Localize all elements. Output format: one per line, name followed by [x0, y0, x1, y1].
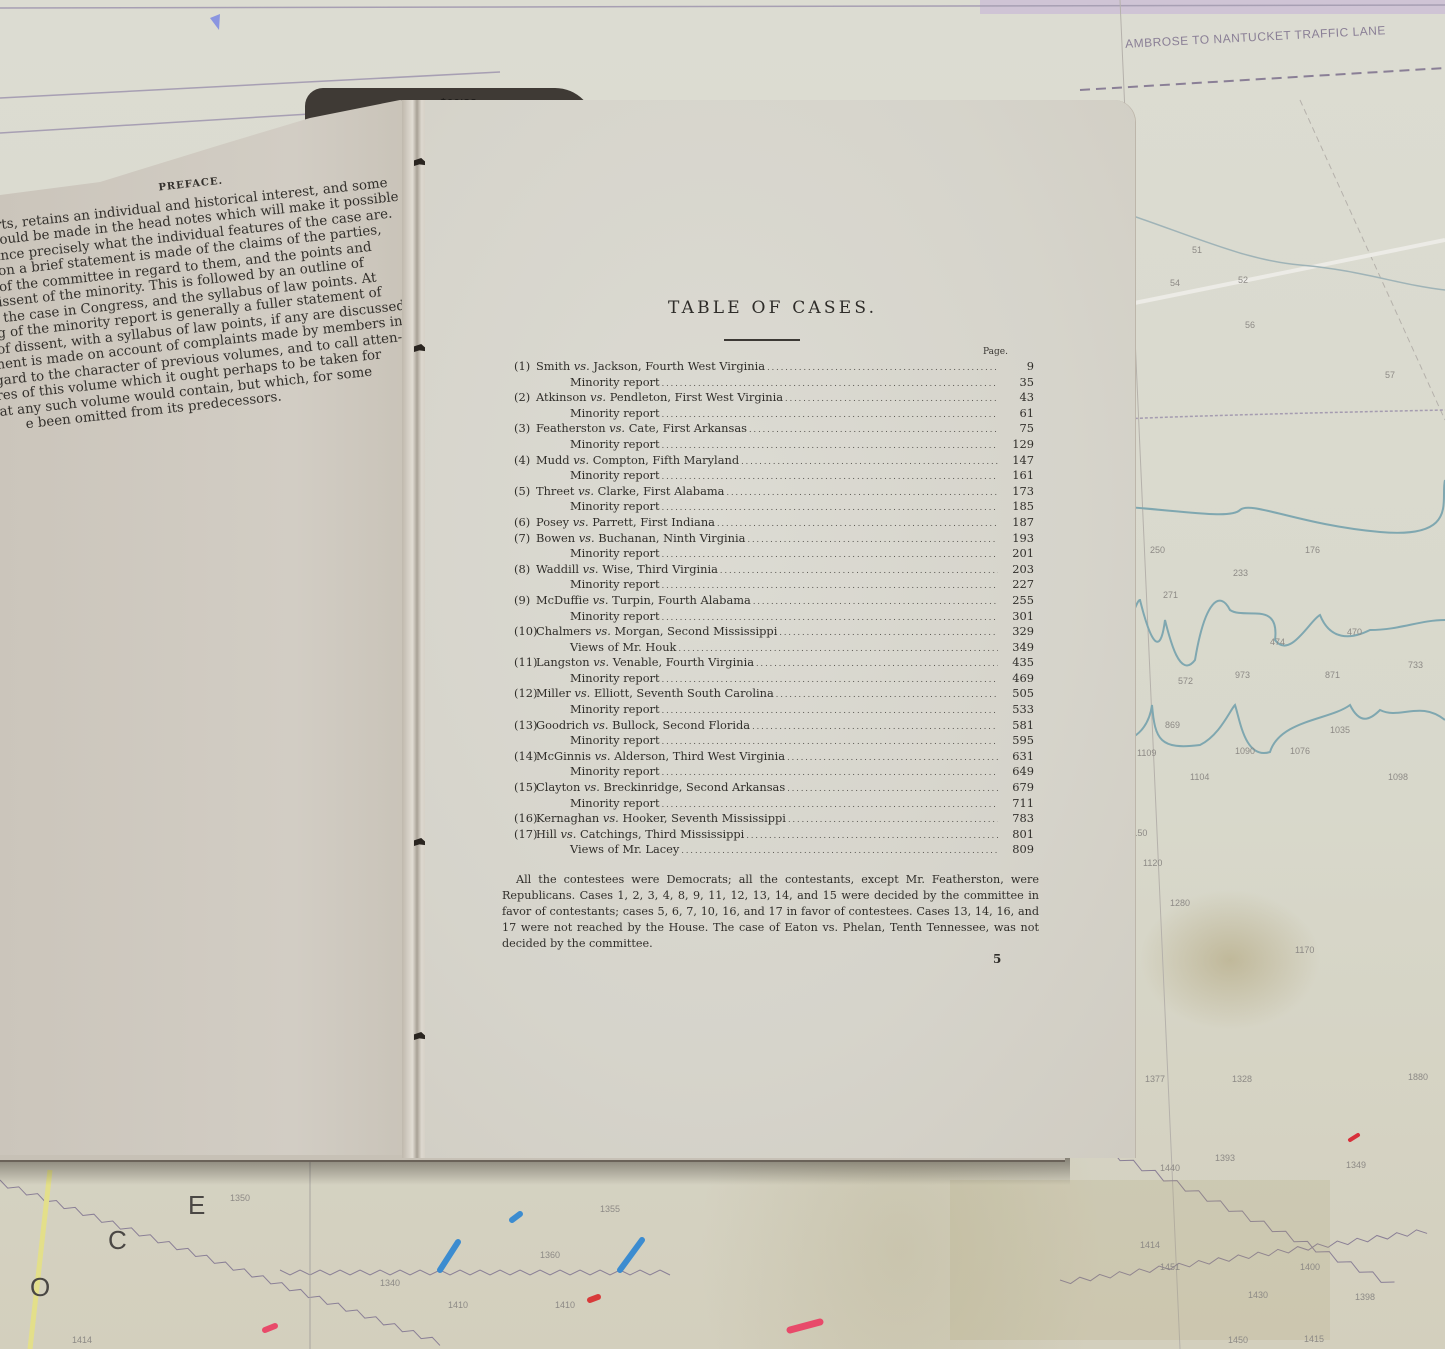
toc-entry: (4)Mudd vs. Compton, Fifth Maryland.....… — [514, 453, 1034, 469]
page-ref: 631 — [1004, 749, 1034, 763]
depth-number: 57 — [1385, 370, 1395, 380]
page-ref: 203 — [1004, 562, 1034, 576]
versus: vs. — [578, 484, 594, 498]
title-rule — [724, 339, 800, 341]
entry-label: Minority report — [570, 796, 660, 810]
depth-number: 1414 — [1140, 1240, 1160, 1250]
contestant: Smith — [536, 359, 570, 373]
depth-number: 1410 — [555, 1300, 575, 1310]
page-ref: 679 — [1004, 780, 1034, 794]
dot-leader: ........................................… — [717, 519, 998, 528]
versus: vs. — [595, 624, 611, 638]
toc-entry: (10)Chalmers vs. Morgan, Second Mississi… — [514, 624, 1034, 640]
page-ref: 329 — [1004, 624, 1034, 638]
toc-entry: (11)Langston vs. Venable, Fourth Virgini… — [514, 655, 1034, 671]
case-number: (7) — [514, 531, 536, 545]
page-ref: 801 — [1004, 827, 1034, 841]
depth-number: 176 — [1305, 545, 1320, 555]
case-number: (10) — [514, 624, 536, 638]
depth-number: 1035 — [1330, 725, 1350, 735]
depth-number: 1349 — [1346, 1160, 1366, 1170]
depth-number: 474 — [1270, 637, 1285, 647]
contestant: Bowen — [536, 531, 575, 545]
page-number: 5 — [993, 952, 1001, 966]
entry-label: Minority report — [570, 764, 660, 778]
dot-leader: ........................................… — [662, 503, 998, 512]
depth-number: 1393 — [1215, 1153, 1235, 1163]
toc-subentry: Minority report.........................… — [514, 437, 1034, 453]
contestant: Atkinson — [536, 390, 587, 404]
contestee-district: Elliott, Seventh South Carolina — [594, 686, 774, 700]
cases-summary-note: All the contestees were Democrats; all t… — [502, 872, 1039, 952]
page-ref: 595 — [1004, 733, 1034, 747]
depth-number: 1328 — [1232, 1074, 1252, 1084]
contestee-district: Bullock, Second Florida — [612, 718, 750, 732]
versus: vs. — [590, 390, 606, 404]
depth-number: 1450 — [1228, 1335, 1248, 1345]
case-number: (8) — [514, 562, 536, 576]
page-ref: 435 — [1004, 655, 1034, 669]
entry-label: Views of Mr. Houk — [570, 640, 676, 654]
entry-label: Minority report — [570, 375, 660, 389]
case-number: (2) — [514, 390, 536, 404]
entry-label: Minority report — [570, 546, 660, 560]
versus: vs. — [573, 515, 589, 529]
dot-leader: ........................................… — [720, 566, 998, 575]
toc-subentry: Minority report.........................… — [514, 609, 1034, 625]
dot-leader: ........................................… — [726, 488, 998, 497]
depth-number: 1090 — [1235, 746, 1255, 756]
page-ref: 147 — [1004, 453, 1034, 467]
depth-number: 1398 — [1355, 1292, 1375, 1302]
page-ref: 301 — [1004, 609, 1034, 623]
case-number: (17) — [514, 827, 536, 841]
dot-leader: ........................................… — [662, 581, 998, 590]
page-ref: 61 — [1004, 406, 1034, 420]
entry-label: Minority report — [570, 671, 660, 685]
page-ref: 43 — [1004, 390, 1034, 404]
contestant: Kernaghan — [536, 811, 599, 825]
dot-leader: ........................................… — [662, 441, 998, 450]
dot-leader: ........................................… — [662, 675, 998, 684]
dot-leader: ........................................… — [787, 753, 998, 762]
contestant: Goodrich — [536, 718, 589, 732]
page-ref: 75 — [1004, 421, 1034, 435]
versus: vs. — [561, 827, 577, 841]
case-number: (14) — [514, 749, 536, 763]
depth-number: 52 — [1238, 275, 1248, 285]
depth-number: 1430 — [1248, 1290, 1268, 1300]
page-ref: 187 — [1004, 515, 1034, 529]
contestee-district: Compton, Fifth Maryland — [593, 453, 739, 467]
versus: vs. — [593, 718, 609, 732]
toc-entry: (1)Smith vs. Jackson, Fourth West Virgin… — [514, 359, 1034, 375]
toc-subentry: Minority report.........................… — [514, 764, 1034, 780]
toc-subentry: Minority report.........................… — [514, 375, 1034, 391]
chart-letter: E — [188, 1190, 205, 1221]
depth-number: 1880 — [1408, 1072, 1428, 1082]
contestee-district: Catchings, Third Mississippi — [580, 827, 744, 841]
depth-number: 1400 — [1300, 1262, 1320, 1272]
depth-number: 871 — [1325, 670, 1340, 680]
dot-leader: ........................................… — [785, 394, 998, 403]
dot-leader: ........................................… — [662, 613, 998, 622]
page-column-header: Page. — [983, 347, 1008, 357]
toc-entry: (14)McGinnis vs. Alderson, Third West Vi… — [514, 749, 1034, 765]
depth-number: 1098 — [1388, 772, 1408, 782]
dot-leader: ........................................… — [662, 768, 998, 777]
dot-leader: ........................................… — [662, 800, 998, 809]
dot-leader: ........................................… — [756, 659, 998, 668]
case-number: (15) — [514, 780, 536, 794]
entry-label: Minority report — [570, 468, 660, 482]
case-number: (6) — [514, 515, 536, 529]
versus: vs. — [579, 531, 595, 545]
page-ref: 129 — [1004, 437, 1034, 451]
depth-number: 1170 — [1295, 945, 1314, 955]
dot-leader: ........................................… — [752, 722, 998, 731]
versus: vs. — [603, 811, 619, 825]
depth-number: 572 — [1178, 676, 1193, 686]
toc-entry: (5)Threet vs. Clarke, First Alabama.....… — [514, 484, 1034, 500]
contestant: Threet — [536, 484, 574, 498]
depth-number: 56 — [1245, 320, 1255, 330]
depth-number: 869 — [1165, 720, 1180, 730]
depth-number: 1415 — [1304, 1334, 1324, 1344]
dot-leader: ........................................… — [662, 737, 998, 746]
toc-subentry: Views of Mr. Lacey......................… — [514, 842, 1034, 858]
versus: vs. — [609, 421, 625, 435]
depth-number: 1340 — [380, 1278, 400, 1288]
case-number: (1) — [514, 359, 536, 373]
preface-text-block: PREFACE. reports, retains an individual … — [0, 148, 375, 437]
depth-number: 470 — [1347, 627, 1362, 637]
case-number: (11) — [514, 655, 536, 669]
table-of-cases-title: TABLE OF CASES. — [668, 298, 877, 318]
page-ref: 173 — [1004, 484, 1034, 498]
depth-number: 233 — [1233, 568, 1248, 578]
dot-leader: ........................................… — [747, 535, 998, 544]
contestee-district: Morgan, Second Mississippi — [614, 624, 777, 638]
toc-subentry: Minority report.........................… — [514, 733, 1034, 749]
contestee-district: Venable, Fourth Virginia — [613, 655, 754, 669]
entry-label: Minority report — [570, 609, 660, 623]
toc-entry: (2)Atkinson vs. Pendleton, First West Vi… — [514, 390, 1034, 406]
page-ref: 809 — [1004, 842, 1034, 856]
toc-entry: (3)Featherston vs. Cate, First Arkansas.… — [514, 421, 1034, 437]
toc-subentry: Minority report.........................… — [514, 796, 1034, 812]
entry-label: Minority report — [570, 702, 660, 716]
chart-letter: O — [30, 1272, 50, 1303]
entry-label: Minority report — [570, 733, 660, 747]
contestant: Miller — [536, 686, 571, 700]
dot-leader: ........................................… — [787, 784, 998, 793]
depth-number: 1350 — [230, 1193, 250, 1203]
contestee-district: Cate, First Arkansas — [629, 421, 747, 435]
depth-number: 1280 — [1170, 898, 1190, 908]
contestee-district: Hooker, Seventh Mississippi — [622, 811, 786, 825]
versus: vs. — [593, 593, 609, 607]
entry-label: Minority report — [570, 437, 660, 451]
versus: vs. — [595, 749, 611, 763]
toc-entry: (7)Bowen vs. Buchanan, Ninth Virginia...… — [514, 531, 1034, 547]
toc-subentry: Minority report.........................… — [514, 546, 1034, 562]
contestee-district: Turpin, Fourth Alabama — [612, 593, 751, 607]
contestee-district: Parrett, First Indiana — [592, 515, 715, 529]
toc-entry: (12)Miller vs. Elliott, Seventh South Ca… — [514, 686, 1034, 702]
contestee-district: Breckinridge, Second Arkansas — [604, 780, 786, 794]
contestee-district: Alderson, Third West Virginia — [614, 749, 785, 763]
dot-leader: ........................................… — [767, 363, 998, 372]
toc-subentry: Minority report.........................… — [514, 671, 1034, 687]
page-ref: 185 — [1004, 499, 1034, 513]
case-number: (16) — [514, 811, 536, 825]
case-number: (9) — [514, 593, 536, 607]
toc-entry: (15)Clayton vs. Breckinridge, Second Ark… — [514, 780, 1034, 796]
dot-leader: ........................................… — [779, 628, 998, 637]
chart-letter: C — [108, 1225, 127, 1256]
contestee-district: Buchanan, Ninth Virginia — [598, 531, 745, 545]
depth-number: 250 — [1150, 545, 1165, 555]
case-number: (5) — [514, 484, 536, 498]
toc-entry: (17)Hill vs. Catchings, Third Mississipp… — [514, 827, 1034, 843]
contestant: Mudd — [536, 453, 570, 467]
versus: vs. — [583, 562, 599, 576]
dot-leader: ........................................… — [662, 410, 998, 419]
page-ref: 35 — [1004, 375, 1034, 389]
page-ref: 161 — [1004, 468, 1034, 482]
entry-label: Minority report — [570, 499, 660, 513]
dot-leader: ........................................… — [681, 846, 998, 855]
dot-leader: ........................................… — [776, 690, 998, 699]
contestant: McDuffie — [536, 593, 589, 607]
depth-number: 733 — [1408, 660, 1423, 670]
toc-subentry: Minority report.........................… — [514, 468, 1034, 484]
versus: vs. — [593, 655, 609, 669]
toc-subentry: Minority report.........................… — [514, 702, 1034, 718]
entry-label: Views of Mr. Lacey — [570, 842, 679, 856]
page-ref: 349 — [1004, 640, 1034, 654]
dot-leader: ........................................… — [749, 425, 998, 434]
entry-label: Minority report — [570, 406, 660, 420]
dot-leader: ........................................… — [662, 472, 998, 481]
dot-leader: ........................................… — [741, 457, 998, 466]
case-number: (4) — [514, 453, 536, 467]
dot-leader: ........................................… — [678, 644, 998, 653]
depth-number: 1360 — [540, 1250, 560, 1260]
toc-entry: (8)Waddill vs. Wise, Third Virginia.....… — [514, 562, 1034, 578]
depth-number: 1120 — [1143, 858, 1162, 868]
page-ref: 9 — [1004, 359, 1034, 373]
page-ref: 227 — [1004, 577, 1034, 591]
toc-entry: (6)Posey vs. Parrett, First Indiana.....… — [514, 515, 1034, 531]
depth-number: 54 — [1170, 278, 1180, 288]
toc-subentry: Minority report.........................… — [514, 499, 1034, 515]
contestant: Langston — [536, 655, 590, 669]
case-number: (12) — [514, 686, 536, 700]
depth-number: 1109 — [1137, 748, 1156, 758]
page-ref: 783 — [1004, 811, 1034, 825]
depth-number: 1076 — [1290, 746, 1310, 756]
dot-leader: ........................................… — [746, 831, 998, 840]
page-ref: 711 — [1004, 796, 1034, 810]
depth-number: 973 — [1235, 670, 1250, 680]
contestant: Waddill — [536, 562, 579, 576]
entry-label: Minority report — [570, 577, 660, 591]
contestee-district: Clarke, First Alabama — [598, 484, 725, 498]
versus: vs. — [573, 453, 589, 467]
contestee-district: Jackson, Fourth West Virginia — [593, 359, 765, 373]
page-ref: 469 — [1004, 671, 1034, 685]
depth-number: 1377 — [1145, 1074, 1165, 1084]
contestant: Clayton — [536, 780, 580, 794]
versus: vs. — [574, 359, 590, 373]
dot-leader: ........................................… — [662, 379, 998, 388]
contestant: Featherston — [536, 421, 606, 435]
dot-leader: ........................................… — [753, 597, 998, 606]
depth-number: 271 — [1163, 590, 1178, 600]
case-number: (13) — [514, 718, 536, 732]
depth-number: 51 — [1192, 245, 1202, 255]
dot-leader: ........................................… — [662, 550, 998, 559]
toc-subentry: Minority report.........................… — [514, 577, 1034, 593]
versus: vs. — [574, 686, 590, 700]
toc-entry: (16)Kernaghan vs. Hooker, Seventh Missis… — [514, 811, 1034, 827]
contestant: Hill — [536, 827, 557, 841]
page-ref: 533 — [1004, 702, 1034, 716]
versus: vs. — [584, 780, 600, 794]
page-ref: 505 — [1004, 686, 1034, 700]
depth-number: 1410 — [448, 1300, 468, 1310]
depth-number: 1104 — [1190, 772, 1209, 782]
page-ref: 201 — [1004, 546, 1034, 560]
contestant: Posey — [536, 515, 569, 529]
depth-number: 1440 — [1160, 1163, 1180, 1173]
toc-entry: (9)McDuffie vs. Turpin, Fourth Alabama..… — [514, 593, 1034, 609]
page-ref: 193 — [1004, 531, 1034, 545]
depth-number: 1414 — [72, 1335, 92, 1345]
page-ref: 581 — [1004, 718, 1034, 732]
toc-subentry: Views of Mr. Houk.......................… — [514, 640, 1034, 656]
case-number: (3) — [514, 421, 536, 435]
dot-leader: ........................................… — [662, 706, 998, 715]
table-of-cases-list: (1)Smith vs. Jackson, Fourth West Virgin… — [514, 359, 1034, 858]
page-ref: 255 — [1004, 593, 1034, 607]
contestant: McGinnis — [536, 749, 591, 763]
toc-subentry: Minority report.........................… — [514, 406, 1034, 422]
depth-number: 1355 — [600, 1204, 620, 1214]
page-ref: 649 — [1004, 764, 1034, 778]
contestee-district: Wise, Third Virginia — [602, 562, 718, 576]
contestant: Chalmers — [536, 624, 591, 638]
contestee-district: Pendleton, First West Virginia — [610, 390, 783, 404]
depth-number: 1451 — [1160, 1262, 1180, 1272]
dot-leader: ........................................… — [788, 815, 998, 824]
toc-entry: (13)Goodrich vs. Bullock, Second Florida… — [514, 718, 1034, 734]
